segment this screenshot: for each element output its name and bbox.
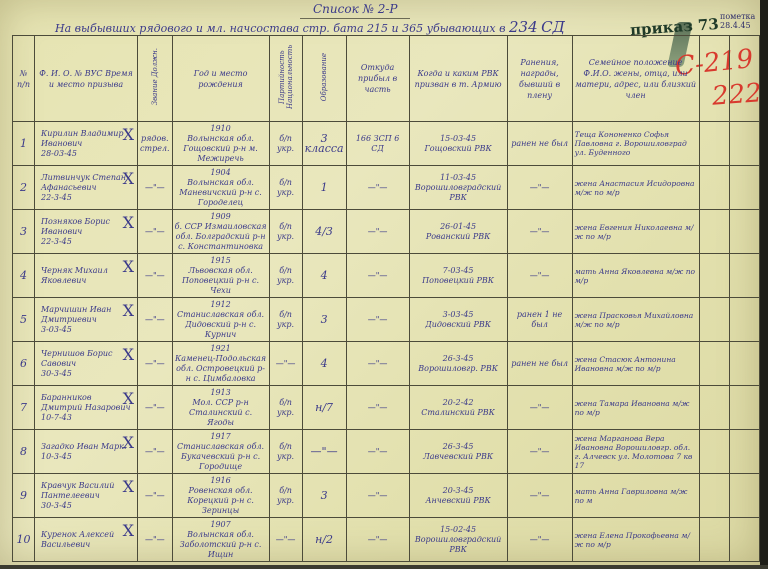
family: жена Елена Прокофьевна м/ж по м/р (572, 518, 699, 562)
family: жена Анастасия Исидоровна м/ж по м/р (572, 166, 699, 210)
wounds: —"— (507, 518, 572, 562)
title-text: На выбывших рядового и мл. начсостава ст… (55, 22, 506, 35)
soldier-name: Марчишин Иван Дмитриевич3-03-45X (35, 298, 138, 342)
table-row: 5 Марчишин Иван Дмитриевич3-03-45X —"— 1… (13, 298, 760, 342)
drafted: 11-03-45Ворошиловградский РВК (409, 166, 507, 210)
education: 3 класса (302, 122, 346, 166)
drafted: 20-2-42Сталинский РВК (409, 386, 507, 430)
col-from-unit: Откуда прибыл в часть (346, 36, 409, 122)
empty-cell (699, 166, 729, 210)
empty-cell (699, 430, 729, 474)
birth: 1904Волынская обл. Маневичский р-н с. Го… (172, 166, 269, 210)
row-number: 10 (13, 518, 35, 562)
scan-edge (760, 0, 768, 569)
birth: 1910Волынская обл. Гощовский р-н м. Межи… (172, 122, 269, 166)
from-unit: —"— (346, 210, 409, 254)
soldier-name: Загадко Иван Марк.10-3-45X (35, 430, 138, 474)
family: жена Прасковья Михайловна м/ж по м/р (572, 298, 699, 342)
header-row: № п/п Ф. И. О. № ВУС Время и место призы… (13, 36, 760, 122)
party: б/п укр. (269, 210, 302, 254)
wounds: —"— (507, 210, 572, 254)
table-row: 9 Кравчук Василий Пантелеевич30-3-45X —"… (13, 474, 760, 518)
col-birth: Год и место рождения (172, 36, 269, 122)
empty-cell (699, 122, 729, 166)
empty-cell (699, 474, 729, 518)
check-mark-icon: X (123, 482, 134, 492)
drafted: 26-3-45Лавчевский РВК (409, 430, 507, 474)
drafted: 15-03-45Гощовский РВК (409, 122, 507, 166)
empty-cell (729, 166, 759, 210)
rank: —"— (138, 386, 173, 430)
wounds: —"— (507, 474, 572, 518)
from-unit: —"— (346, 518, 409, 562)
birth: 1917Станиславская обл. Букачевский р-н с… (172, 430, 269, 474)
row-number: 8 (13, 430, 35, 474)
row-number: 6 (13, 342, 35, 386)
empty-cell (729, 122, 759, 166)
col-drafted: Когда и каким РВК призван в т. Армию (409, 36, 507, 122)
education: 3 (302, 298, 346, 342)
party: б/п укр. (269, 122, 302, 166)
row-number: 5 (13, 298, 35, 342)
col-no: № п/п (13, 36, 35, 122)
birth: 1921Каменец-Подольская обл. Островецкий … (172, 342, 269, 386)
document-sheet: Список № 2-Р На выбывших рядового и мл. … (0, 0, 760, 565)
rank: —"— (138, 254, 173, 298)
birth: 1916Ровенская обл. Корецкий р-н с. Зерин… (172, 474, 269, 518)
col-family: Семейное положение Ф.И.О. жены, отца, ил… (572, 36, 699, 122)
drafted: 7-03-45Поповецкий РВК (409, 254, 507, 298)
soldier-name: Баранников Дмитрий Назарович10-7-43X (35, 386, 138, 430)
rank: рядов. стрел. (138, 122, 173, 166)
soldier-name: Куренок Алексей ВасильевичX (35, 518, 138, 562)
row-number: 3 (13, 210, 35, 254)
table-row: 1 Кирилин Владимир Иванович28-03-45X ряд… (13, 122, 760, 166)
party: б/п укр. (269, 386, 302, 430)
empty-cell (729, 254, 759, 298)
rank: —"— (138, 474, 173, 518)
rank: —"— (138, 298, 173, 342)
table-row: 3 Позняков Борис Иванович22-3-45X —"— 19… (13, 210, 760, 254)
table-row: 8 Загадко Иван Марк.10-3-45X —"— 1917Ста… (13, 430, 760, 474)
birth: 1913Мол. ССР р-н Сталинский с. Ягоды (172, 386, 269, 430)
rank: —"— (138, 342, 173, 386)
table-row: 4 Черняк Михаил ЯковлевичX —"— 1915Львов… (13, 254, 760, 298)
col-rank: Звание Должн. (138, 36, 173, 122)
document-title: На выбывших рядового и мл. начсостава ст… (55, 18, 565, 36)
drafted: 15-02-45Ворошиловградский РВК (409, 518, 507, 562)
education: 1 (302, 166, 346, 210)
from-unit: —"— (346, 166, 409, 210)
personnel-table: № п/п Ф. И. О. № ВУС Время и место призы… (12, 35, 760, 562)
drafted: 26-3-45Ворошиловгр. РВК (409, 342, 507, 386)
birth: 1912Станиславская обл. Дидовский р-н с. … (172, 298, 269, 342)
check-mark-icon: X (123, 526, 134, 536)
check-mark-icon: X (123, 394, 134, 404)
soldier-name: Чернишов Борис Савович30-3-45X (35, 342, 138, 386)
party: —"— (269, 342, 302, 386)
soldier-name: Кирилин Владимир Иванович28-03-45X (35, 122, 138, 166)
education: 4 (302, 342, 346, 386)
family: мать Анна Гавриловна м/ж по м (572, 474, 699, 518)
empty-cell (729, 518, 759, 562)
soldier-name: Литвинчук Степан Афанасьевич22-3-45X (35, 166, 138, 210)
party: б/п укр. (269, 430, 302, 474)
education: н/2 (302, 518, 346, 562)
table-row: 7 Баранников Дмитрий Назарович10-7-43X —… (13, 386, 760, 430)
rank: —"— (138, 518, 173, 562)
row-number: 7 (13, 386, 35, 430)
wounds: —"— (507, 254, 572, 298)
birth: 1915Львовская обл. Поповецкий р-н с. Чех… (172, 254, 269, 298)
check-mark-icon: X (123, 174, 134, 184)
family: мать Анна Яковлевна м/ж по м/р (572, 254, 699, 298)
empty-cell (699, 210, 729, 254)
soldier-name: Кравчук Василий Пантелеевич30-3-45X (35, 474, 138, 518)
division-number: 234 (509, 18, 538, 36)
check-mark-icon: X (123, 262, 134, 272)
col-education: Образование (302, 36, 346, 122)
soldier-name: Позняков Борис Иванович22-3-45X (35, 210, 138, 254)
table-row: 2 Литвинчук Степан Афанасьевич22-3-45X —… (13, 166, 760, 210)
col-name: Ф. И. О. № ВУС Время и место призыва (35, 36, 138, 122)
birth: 1909б. ССР Измаиловская обл. Болградский… (172, 210, 269, 254)
birth: 1907Волынская обл. Заболотский р-н с. Ищ… (172, 518, 269, 562)
from-unit: —"— (346, 430, 409, 474)
from-unit: —"— (346, 342, 409, 386)
check-mark-icon: X (123, 350, 134, 360)
wounds: —"— (507, 166, 572, 210)
rank: —"— (138, 210, 173, 254)
party: б/п укр. (269, 254, 302, 298)
education: —"— (302, 430, 346, 474)
empty-cell (699, 518, 729, 562)
family: жена Тамара Ивановна м/ж по м/р (572, 386, 699, 430)
empty-cell (729, 298, 759, 342)
empty-cell (699, 342, 729, 386)
check-mark-icon: X (123, 438, 134, 448)
check-mark-icon: X (123, 306, 134, 316)
check-mark-icon: X (123, 130, 134, 140)
empty-cell (699, 386, 729, 430)
wounds: ранен не был (507, 342, 572, 386)
education: 4/3 (302, 210, 346, 254)
soldier-name: Черняк Михаил ЯковлевичX (35, 254, 138, 298)
from-unit: —"— (346, 474, 409, 518)
from-unit: —"— (346, 298, 409, 342)
scan-bottom-edge (0, 565, 768, 569)
row-number: 4 (13, 254, 35, 298)
party: —"— (269, 518, 302, 562)
empty-cell (729, 386, 759, 430)
wounds: —"— (507, 430, 572, 474)
table-row: 6 Чернишов Борис Савович30-3-45X —"— 192… (13, 342, 760, 386)
education: 4 (302, 254, 346, 298)
family: жена Марганова Вера Ивановна Ворошиловгр… (572, 430, 699, 474)
empty-cell (699, 254, 729, 298)
from-unit: —"— (346, 386, 409, 430)
wounds: ранен 1 не был (507, 298, 572, 342)
from-unit: 166 ЗСП 6 СД (346, 122, 409, 166)
division-suffix: СД (541, 18, 565, 36)
family: жена Евгения Николаевна м/ж по м/р (572, 210, 699, 254)
drafted: 20-3-45Анчевский РВК (409, 474, 507, 518)
drafted: 3-03-45Дидовский РВК (409, 298, 507, 342)
family: жена Стасюк Антонина Ивановна м/ж по м/р (572, 342, 699, 386)
list-number: Список № 2-Р (313, 2, 398, 16)
education: 3 (302, 474, 346, 518)
wounds: —"— (507, 386, 572, 430)
empty-cell (729, 474, 759, 518)
empty-cell (729, 210, 759, 254)
from-unit: —"— (346, 254, 409, 298)
col-wounds: Ранения, награды, бывший в плену (507, 36, 572, 122)
row-number: 2 (13, 166, 35, 210)
wounds: ранен не был (507, 122, 572, 166)
row-number: 9 (13, 474, 35, 518)
family: Теща Кононенко Софья Павловна г. Ворошил… (572, 122, 699, 166)
order-side-note: пометка 28.4.45 (720, 12, 760, 30)
col-empty-2 (729, 36, 759, 122)
col-empty-1 (699, 36, 729, 122)
rank: —"— (138, 166, 173, 210)
empty-cell (699, 298, 729, 342)
rank: —"— (138, 430, 173, 474)
row-number: 1 (13, 122, 35, 166)
empty-cell (729, 430, 759, 474)
party: б/п укр. (269, 298, 302, 342)
table-row: 10 Куренок Алексей ВасильевичX —"— 1907В… (13, 518, 760, 562)
empty-cell (729, 342, 759, 386)
party: б/п укр. (269, 166, 302, 210)
party: б/п укр. (269, 474, 302, 518)
col-party: Партийность Национальность (269, 36, 302, 122)
drafted: 26-01-45Рованский РВК (409, 210, 507, 254)
check-mark-icon: X (123, 218, 134, 228)
education: н/7 (302, 386, 346, 430)
